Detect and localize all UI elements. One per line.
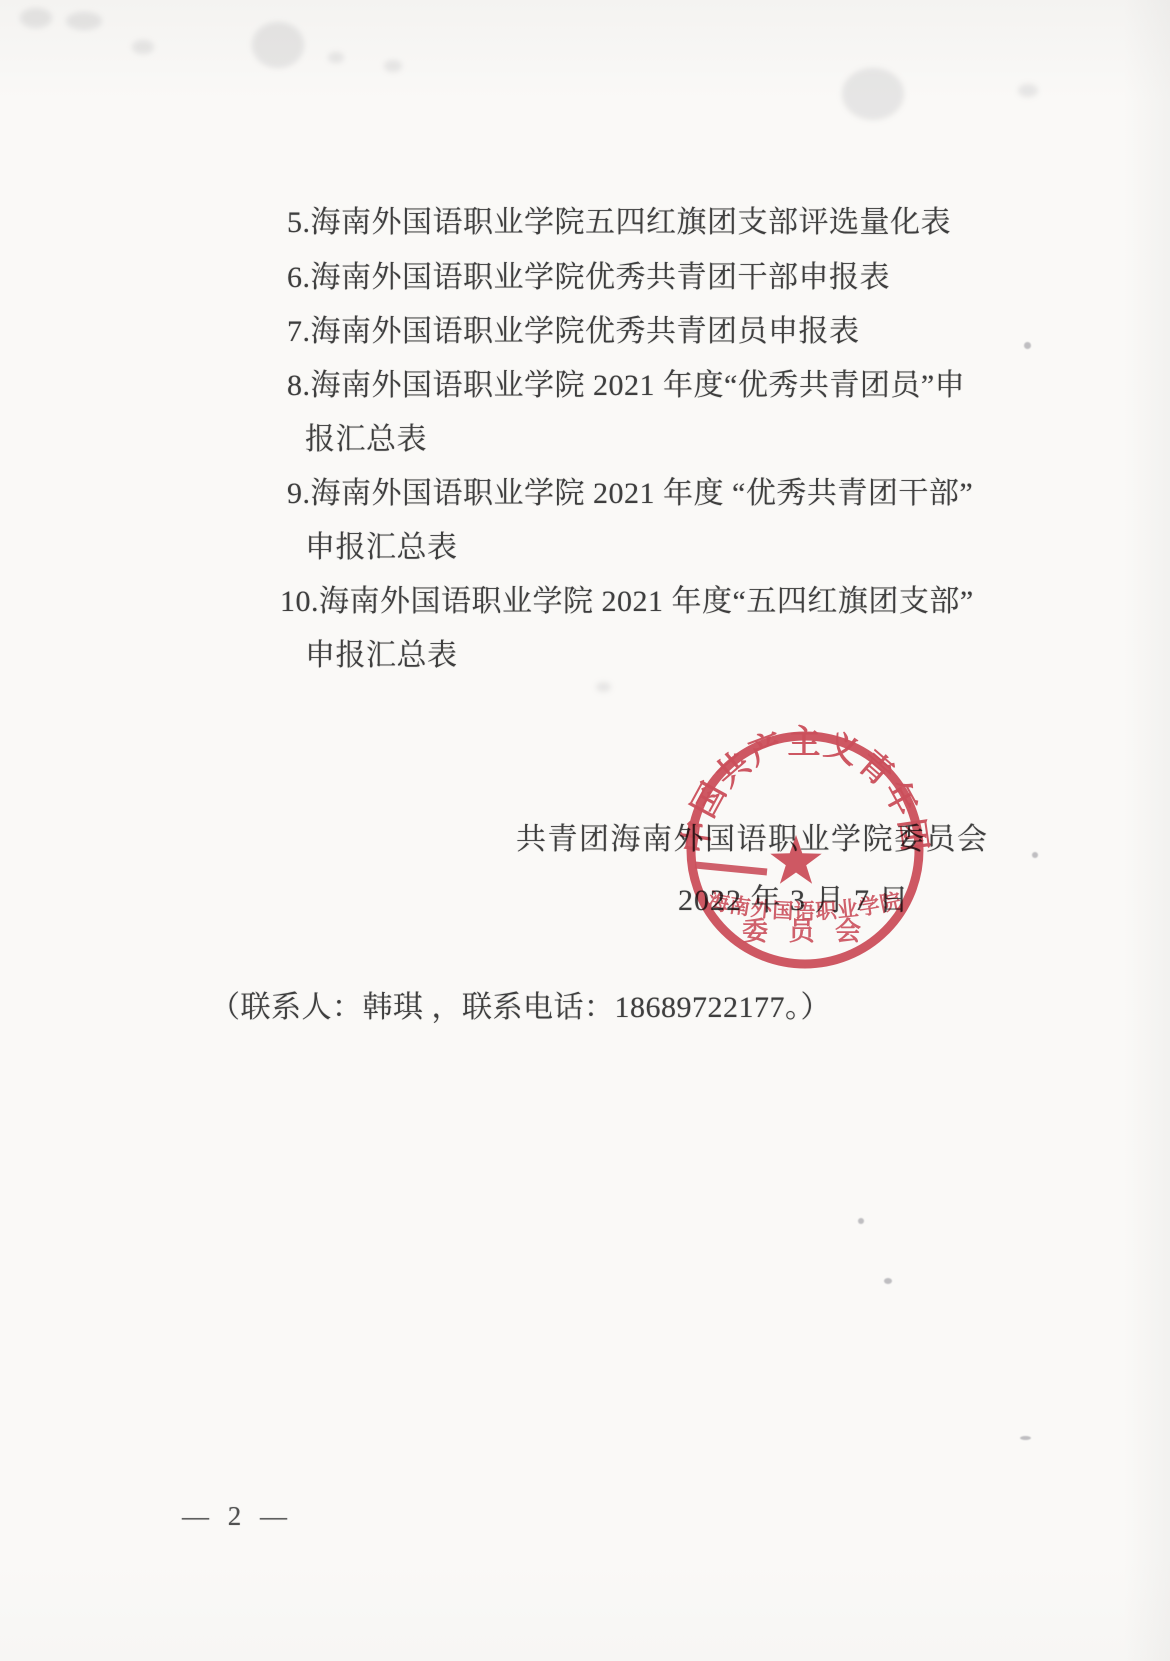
attachment-item-7: 7.海南外国语职业学院优秀共青团员申报表 <box>287 314 860 350</box>
attachment-item-10: 10.海南外国语职业学院 2021 年度“五四红旗团支部” <box>280 584 974 620</box>
attachment-item-9-cont: 申报汇总表 <box>305 530 458 566</box>
attachment-item-10-cont: 申报汇总表 <box>305 638 458 674</box>
scan-speck <box>884 1278 892 1284</box>
scan-speck <box>1032 852 1038 858</box>
scan-smudge <box>1018 84 1038 97</box>
scan-smudge <box>252 22 304 68</box>
page-number: — 2 — <box>182 1498 293 1534</box>
seal-ring-text: 中国共产主义青年团 <box>677 724 933 856</box>
official-seal: 中国共产主义青年团 海南外国语职业学院 委 员 会 <box>675 720 935 980</box>
attachment-item-9: 9.海南外国语职业学院 2021 年度 “优秀共青团干部” <box>287 476 973 512</box>
seal-bottom-text: 委 员 会 <box>742 917 868 946</box>
scan-speck <box>1020 1436 1031 1440</box>
scan-smudge <box>328 52 344 63</box>
attachment-item-8-cont: 报汇总表 <box>305 422 427 458</box>
contact-line: （联系人：韩琪 ，联系电话：18689722177。） <box>210 990 831 1026</box>
scan-smudge <box>842 68 904 120</box>
scan-smudge <box>66 12 102 30</box>
attachment-item-5: 5.海南外国语职业学院五四红旗团支部评选量化表 <box>287 205 951 241</box>
scan-speck <box>858 1218 864 1224</box>
attachment-item-8: 8.海南外国语职业学院 2021 年度“优秀共青团员”申 <box>287 368 965 404</box>
attachment-item-6: 6.海南外国语职业学院优秀共青团干部申报表 <box>287 260 890 296</box>
scan-smudge <box>20 8 52 28</box>
document-page: 5.海南外国语职业学院五四红旗团支部评选量化表 6.海南外国语职业学院优秀共青团… <box>0 0 1170 1661</box>
scan-speck <box>1024 342 1031 349</box>
seal-bar <box>695 865 767 872</box>
scan-smudge <box>132 40 154 54</box>
scan-smudge <box>384 60 402 72</box>
seal-star-icon <box>770 835 821 884</box>
svg-text:中国共产主义青年团: 中国共产主义青年团 <box>677 724 933 856</box>
scan-smudge <box>596 682 611 692</box>
